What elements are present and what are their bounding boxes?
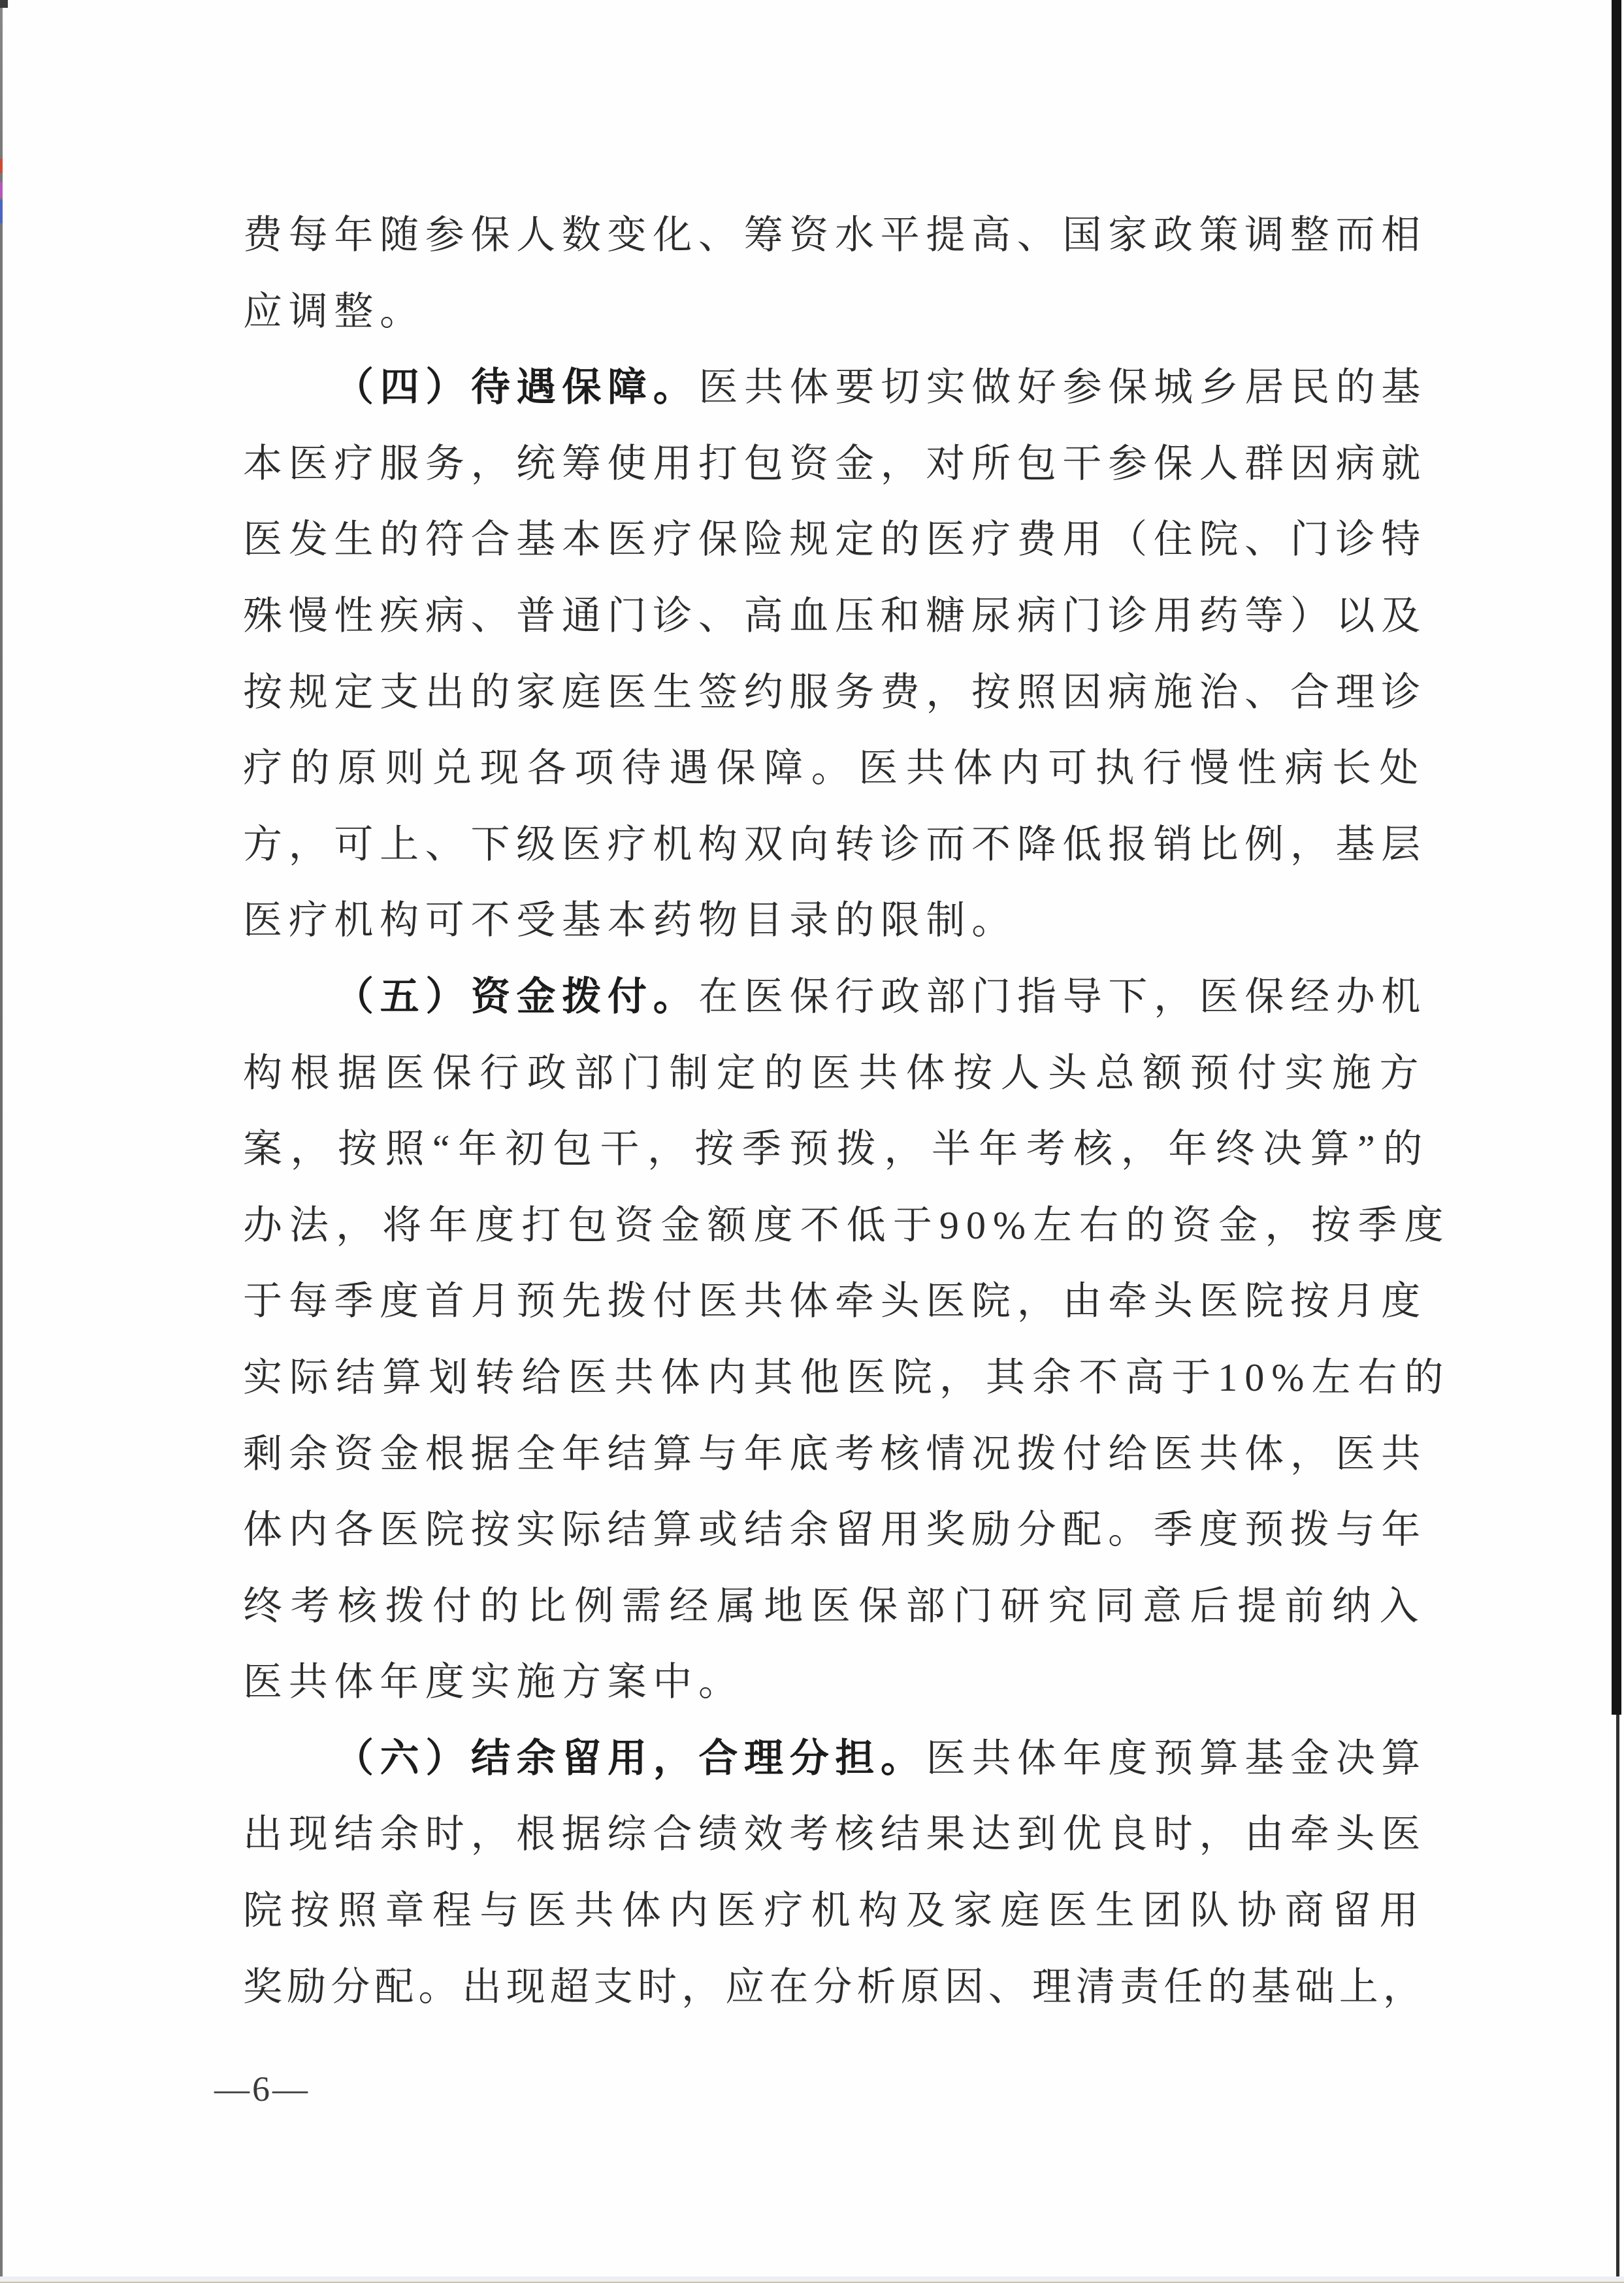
text-line: 殊慢性疾病、普通门诊、高血压和糖尿病门诊用药等）以及 xyxy=(243,578,1427,655)
text-line: 剩余资金根据全年结算与年底考核情况拨付给医共体，医共 xyxy=(243,1416,1427,1493)
text-line: 实际结算划转给医共体内其他医院，其余不高于10%左右的 xyxy=(243,1340,1427,1416)
body-text: 本医疗服务，统筹使用打包资金，对所包干参保人群因病就 xyxy=(243,442,1427,485)
scan-edge-left xyxy=(0,0,3,2283)
body-text: 医共体年度实施方案中。 xyxy=(243,1660,744,1704)
body-text: 体内各医院按实际结算或结余留用奖励分配。季度预拨与年 xyxy=(243,1508,1427,1551)
body-text: 医共体要切实做好参保城乡居民的基 xyxy=(698,366,1427,409)
body-text: 院按照章程与医共体内医疗机构及家庭医生团队协商留用 xyxy=(243,1889,1427,1932)
text-line: 奖励分配。出现超支时，应在分析原因、理清责任的基础上， xyxy=(243,1949,1427,2026)
text-line: 费每年随参保人数变化、筹资水平提高、国家政策调整而相 xyxy=(243,197,1427,274)
text-line: 院按照章程与医共体内医疗机构及家庭医生团队协商留用 xyxy=(243,1873,1427,1949)
scan-artifact-corner xyxy=(0,0,8,8)
body-text: 疗的原则兑现各项待遇保障。医共体内可执行慢性病长处 xyxy=(243,747,1427,790)
text-line: 医疗机构可不受基本药物目录的限制。 xyxy=(243,882,1427,959)
text-line: 按规定支出的家庭医生签约服务费，按照因病施治、合理诊 xyxy=(243,655,1427,731)
scan-artifact-red xyxy=(0,159,3,173)
scan-edge-right-band xyxy=(1612,0,1621,1715)
text-line: 体内各医院按实际结算或结余留用奖励分配。季度预拨与年 xyxy=(243,1492,1427,1568)
text-line: 办法，将年度打包资金额度不低于90%左右的资金，按季度 xyxy=(243,1188,1427,1264)
text-line: 应调整。 xyxy=(243,274,1427,350)
page-number: —6— xyxy=(214,2069,310,2109)
section-heading: （六）结余留用，合理分担。 xyxy=(334,1737,926,1780)
body-text: 实际结算划转给医共体内其他医院，其余不高于10%左右的 xyxy=(243,1356,1451,1399)
body-text: 构根据医保行政部门制定的医共体按人头总额预付实施方 xyxy=(243,1052,1427,1095)
body-text: 在医保行政部门指导下，医保经办机 xyxy=(698,975,1427,1018)
body-text: 出现结余时，根据综合绩效考核结果达到优良时，由牵头医 xyxy=(243,1813,1427,1856)
body-text: 医发生的符合基本医疗保险规定的医疗费用（住院、门诊特 xyxy=(243,518,1427,561)
body-text: 办法，将年度打包资金额度不低于90%左右的资金，按季度 xyxy=(243,1204,1451,1247)
text-line: （五）资金拨付。在医保行政部门指导下，医保经办机 xyxy=(243,959,1427,1035)
scan-edge-right-line xyxy=(1616,1715,1619,2283)
text-line: 案，按照“年初包干，按季预拨，半年考核，年终决算”的 xyxy=(243,1111,1427,1188)
body-text: 应调整。 xyxy=(243,290,425,333)
body-text: 案，按照“年初包干，按季预拨，半年考核，年终决算”的 xyxy=(243,1127,1431,1171)
body-text: 费每年随参保人数变化、筹资水平提高、国家政策调整而相 xyxy=(243,214,1427,257)
text-line: （六）结余留用，合理分担。医共体年度预算基金决算 xyxy=(243,1721,1427,1797)
text-block: 费每年随参保人数变化、筹资水平提高、国家政策调整而相应调整。（四）待遇保障。医共… xyxy=(243,197,1427,2025)
text-line: （四）待遇保障。医共体要切实做好参保城乡居民的基 xyxy=(243,349,1427,426)
body-text: 医共体年度预算基金决算 xyxy=(926,1737,1427,1780)
text-line: 方，可上、下级医疗机构双向转诊而不降低报销比例，基层 xyxy=(243,807,1427,883)
section-heading: （四）待遇保障。 xyxy=(334,366,698,409)
body-text: 剩余资金根据全年结算与年底考核情况拨付给医共体，医共 xyxy=(243,1433,1427,1476)
scan-artifact-magenta xyxy=(0,182,3,198)
body-text: 奖励分配。出现超支时，应在分析原因、理清责任的基础上， xyxy=(243,1966,1427,2009)
text-line: 于每季度首月预先拨付医共体牵头医院，由牵头医院按月度 xyxy=(243,1263,1427,1340)
text-line: 本医疗服务，统筹使用打包资金，对所包干参保人群因病就 xyxy=(243,426,1427,502)
body-text: 殊慢性疾病、普通门诊、高血压和糖尿病门诊用药等）以及 xyxy=(243,594,1427,638)
scan-edge-bottom-band xyxy=(0,2276,1624,2282)
body-text: 按规定支出的家庭医生签约服务费，按照因病施治、合理诊 xyxy=(243,671,1427,714)
body-text: 终考核拨付的比例需经属地医保部门研究同意后提前纳入 xyxy=(243,1585,1427,1628)
text-line: 终考核拨付的比例需经属地医保部门研究同意后提前纳入 xyxy=(243,1568,1427,1645)
body-text: 医疗机构可不受基本药物目录的限制。 xyxy=(243,899,1017,942)
document-page: 费每年随参保人数变化、筹资水平提高、国家政策调整而相应调整。（四）待遇保障。医共… xyxy=(0,0,1624,2283)
body-text: 于每季度首月预先拨付医共体牵头医院，由牵头医院按月度 xyxy=(243,1280,1427,1323)
text-line: 出现结余时，根据综合绩效考核结果达到优良时，由牵头医 xyxy=(243,1796,1427,1873)
text-line: 医共体年度实施方案中。 xyxy=(243,1644,1427,1721)
text-line: 疗的原则兑现各项待遇保障。医共体内可执行慢性病长处 xyxy=(243,730,1427,807)
text-line: 构根据医保行政部门制定的医共体按人头总额预付实施方 xyxy=(243,1035,1427,1112)
body-text: 方，可上、下级医疗机构双向转诊而不降低报销比例，基层 xyxy=(243,823,1427,866)
scan-artifact-blue xyxy=(0,200,3,223)
text-line: 医发生的符合基本医疗保险规定的医疗费用（住院、门诊特 xyxy=(243,502,1427,578)
section-heading: （五）资金拨付。 xyxy=(334,975,698,1018)
